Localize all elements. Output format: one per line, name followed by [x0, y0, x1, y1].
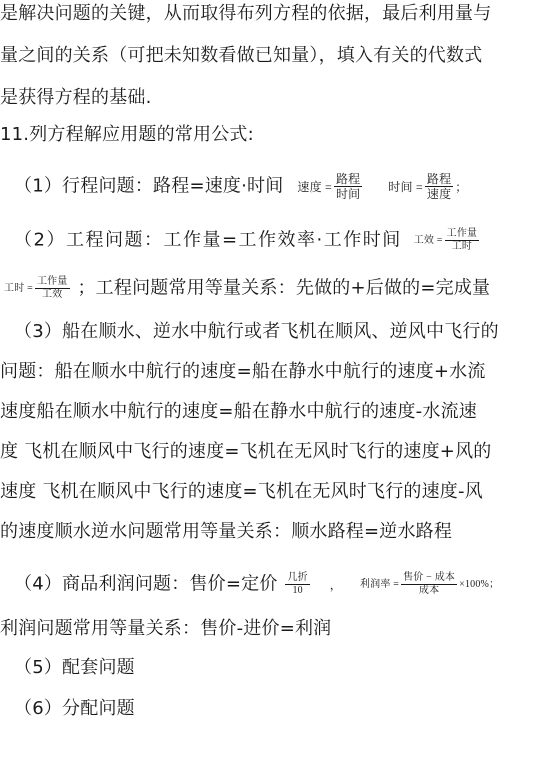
efficiency-formula: 工效 = 工作量 工时 — [414, 228, 482, 253]
worktime-formula: 工时 = 工作量 工效 — [4, 276, 72, 301]
item-4-line-2: 利润问题常用等量关系：售价-进价=利润 — [0, 617, 540, 641]
item-3-line-4: 度 飞机在顺风中飞行的速度=飞机在无风时飞行的速度+风的 — [0, 440, 540, 464]
efficiency-numerator: 工作量 — [445, 228, 480, 241]
profit-rate-fraction: 售价 − 成本 成本 — [401, 572, 457, 597]
profit-rate-lhs: 利润率 = — [360, 573, 399, 597]
item-3-line-3: 速度船在顺水中航行的速度=船在静水中航行的速度-水流速 — [0, 400, 540, 424]
discount-fraction: 几折 10 — [283, 572, 311, 597]
efficiency-lhs: 工效 = — [414, 229, 443, 253]
profit-rate-denominator: 成本 — [417, 585, 441, 597]
item-5-matching-problem: （5）配套问题 — [14, 656, 540, 680]
item-1-travel-problem: （1）行程问题：路程=速度·时间 速度 = 路程 时间 时间 = 路程 速度 ； — [14, 172, 540, 201]
discount-numerator: 几折 — [285, 572, 309, 585]
worktime-lhs: 工时 = — [4, 277, 33, 301]
item-4-separator: ， — [330, 573, 342, 597]
item-3-line-5: 速度 飞机在顺风中飞行的速度=飞机在无风时飞行的速度-风 — [0, 480, 540, 504]
efficiency-fraction: 工作量 工时 — [445, 228, 480, 253]
item-2-line-2: 工时 = 工作量 工效 ；工程问题常用等量关系：先做的+后做的=完成量 — [4, 276, 540, 301]
item-2-relation: ；工程问题常用等量关系：先做的+后做的=完成量 — [77, 278, 490, 299]
time-fraction: 路程 速度 — [425, 172, 453, 201]
speed-numerator: 路程 — [334, 172, 362, 187]
discount-denominator: 10 — [290, 585, 304, 597]
worktime-denominator: 工效 — [40, 289, 64, 301]
speed-formula: 速度 = 路程 时间 — [297, 172, 364, 201]
item-4-end: ； — [489, 573, 499, 597]
item-4-label: （4）商品利润问题：售价=定价 — [14, 574, 278, 595]
item-2-work-problem: （2）工程问题：工作量=工作效率·工作时间 工效 = 工作量 工时 — [14, 228, 540, 253]
item-6-distribution-problem: （6）分配问题 — [14, 697, 540, 721]
efficiency-denominator: 工时 — [450, 241, 474, 253]
profit-rate-tail: ×100% — [459, 573, 489, 597]
profit-rate-formula: 利润率 = 售价 − 成本 成本 ×100% ； — [360, 572, 499, 597]
worktime-numerator: 工作量 — [35, 276, 70, 289]
section-11-heading: 11.列方程解应用题的常用公式: — [0, 123, 540, 147]
discount-frac: 几折 10 — [285, 572, 309, 597]
speed-fraction: 路程 时间 — [334, 172, 362, 201]
speed-formula-lhs: 速度 = — [297, 175, 332, 199]
item-1-end: ； — [455, 175, 467, 199]
item-3-line-2: 问题：船在顺水中航行的速度=船在静水中航行的速度+水流 — [0, 360, 540, 384]
time-denominator: 速度 — [425, 187, 453, 201]
item-3-line-6: 的速度顺水逆水问题常用等量关系：顺水路程=逆水路程 — [0, 520, 540, 544]
intro-line-3: 是获得方程的基础. — [0, 86, 540, 110]
item-4-profit-problem: （4）商品利润问题：售价=定价 几折 10 ， 利润率 = 售价 − 成本 成本… — [14, 572, 540, 597]
worktime-fraction: 工作量 工效 — [35, 276, 70, 301]
item-2-label: （2）工程问题：工作量=工作效率·工作时间 — [14, 230, 402, 251]
item-3-line-1: （3）船在顺水、逆水中航行或者飞机在顺风、逆风中飞行的 — [14, 320, 540, 344]
item-1-label: （1）行程问题：路程=速度·时间 — [14, 176, 283, 197]
time-formula-lhs: 时间 = — [388, 175, 423, 199]
profit-rate-numerator: 售价 − 成本 — [401, 572, 457, 585]
time-formula: 时间 = 路程 速度 ； — [388, 172, 467, 201]
intro-line-2: 量之间的关系（可把未知数看做已知量），填入有关的代数式 — [0, 44, 540, 68]
intro-line-1: 是解决问题的关键，从而取得布列方程的依据，最后利用量与 — [0, 2, 540, 26]
time-numerator: 路程 — [425, 172, 453, 187]
speed-denominator: 时间 — [334, 187, 362, 201]
